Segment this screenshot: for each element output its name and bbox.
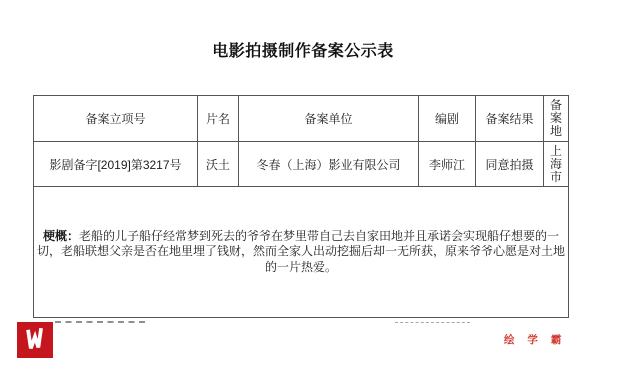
- page-title: 电影拍摄制作备案公示表: [0, 38, 606, 61]
- header-cell-film-title: 片名: [198, 96, 239, 142]
- w-ribbon-icon: [20, 325, 50, 355]
- table-data-row: 影剧备字[2019]第3217号 沃土 冬春（上海）影业有限公司 李师江 同意拍…: [34, 142, 569, 187]
- cell-filing-result: 同意拍摄: [476, 142, 544, 187]
- cell-film-title: 沃土: [198, 142, 239, 187]
- synopsis-cell: 梗概：老船的儿子船仔经常梦到死去的爷爷在梦里带自己去自家田地并且承诺会实现船仔想…: [34, 187, 569, 318]
- cell-screenwriter: 李师江: [419, 142, 476, 187]
- header-cell-filing-number: 备案立项号: [34, 96, 198, 142]
- synopsis-label: 梗概：: [43, 229, 79, 243]
- brand-watermark-text: 绘 学 霸: [504, 332, 566, 347]
- table-bottom-dash-artifact-left: [55, 321, 145, 323]
- header-cell-screenwriter: 编剧: [419, 96, 476, 142]
- header-cell-filing-location: 备案地: [544, 96, 569, 142]
- cell-filing-location: 上海市: [544, 142, 569, 187]
- cell-filing-unit: 冬春（上海）影业有限公司: [239, 142, 419, 187]
- table-header-row: 备案立项号 片名 备案单位 编剧 备案结果 备案地: [34, 96, 569, 142]
- header-cell-filing-result: 备案结果: [476, 96, 544, 142]
- synopsis-text: 老船的儿子船仔经常梦到死去的爷爷在梦里带自己去自家田地并且承诺会实现船仔想要的一…: [37, 229, 565, 274]
- huixueba-logo: [17, 322, 53, 358]
- table-bottom-dash-artifact-right: [395, 322, 470, 323]
- cell-filing-number: 影剧备字[2019]第3217号: [34, 142, 198, 187]
- table-synopsis-row: 梗概：老船的儿子船仔经常梦到死去的爷爷在梦里带自己去自家田地并且承诺会实现船仔想…: [34, 187, 569, 318]
- header-cell-filing-unit: 备案单位: [239, 96, 419, 142]
- filing-table: 备案立项号 片名 备案单位 编剧 备案结果 备案地 影剧备字[2019]第321…: [33, 95, 569, 318]
- document-page: 电影拍摄制作备案公示表 备案立项号 片名 备案单位 编剧 备案结果 备案地 影剧…: [0, 0, 630, 369]
